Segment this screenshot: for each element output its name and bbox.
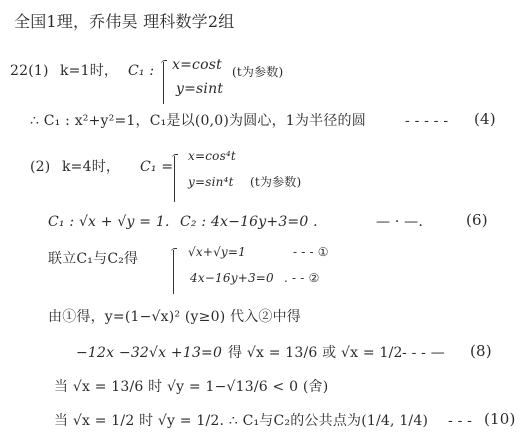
part2-label: (2) — [30, 160, 50, 174]
system-eq1: √x+√y=1 — [188, 246, 246, 258]
part1-curve: C₁ : — [128, 64, 154, 78]
part2-brace — [174, 156, 181, 202]
part1-eq-x: x=cost — [172, 58, 222, 72]
solve-result: 得 √x = 13/6 或 √x = 1/2 — [228, 346, 403, 360]
part1-brace — [163, 62, 170, 104]
part1-param-note: (t为参数) — [232, 66, 283, 78]
c2-equation: C₂ : 4x−16y+3=0 . — [180, 215, 318, 229]
system-eq1-tag: - - - ① — [293, 246, 329, 258]
part2-condition: k=4时， — [62, 160, 120, 174]
header-title: 全国1理，乔伟昊 理科数学2组 — [14, 14, 234, 30]
system-intro: 联立C₁与C₂得 — [48, 252, 138, 266]
part2-score10-dashes: - - - — [448, 414, 472, 428]
part1-score-dashes: - - - - - — [405, 114, 448, 128]
part1-label: 22(1) — [10, 64, 49, 78]
part2-param-note: (t为参数) — [250, 176, 301, 188]
part2-score6-dashes: — · —. — [376, 215, 423, 229]
part2-eq-y: y=sin⁴t — [188, 176, 234, 188]
part1-conclusion: ∴ C₁ : x²+y²=1，C₁是以(0,0)为圆心，1为半径的圆 — [30, 114, 366, 128]
part2-eq-x: x=cos⁴t — [188, 150, 236, 162]
quadratic-result: −12x −32√x +13=0 — [76, 346, 222, 360]
substitution-step: 由①得，y=(1−√x)² (y≥0) 代入②中得 — [48, 310, 301, 324]
part2-curve: C₁ = — [140, 160, 173, 174]
c1-equation: C₁ : √x + √y = 1. — [48, 215, 170, 229]
part2-score10: (10) — [484, 412, 516, 427]
part1-eq-y: y=sint — [176, 82, 223, 96]
part2-score8-dashes: - - - — — [402, 346, 445, 360]
system-eq2: 4x−16y+3=0 — [190, 272, 274, 284]
system-brace — [173, 250, 180, 294]
part1-condition: k=1时， — [60, 64, 118, 78]
case-reject: 当 √x = 13/6 时 √y = 1−√13/6 < 0 (舍) — [54, 380, 328, 394]
part1-score: (4) — [474, 112, 496, 127]
part2-score8: (8) — [470, 344, 492, 359]
case-accept: 当 √x = 1/2 时 √y = 1/2. ∴ C₁与C₂的公共点为(1/4,… — [54, 414, 428, 428]
system-eq2-tag: . - - ② — [284, 272, 320, 284]
part2-score6: (6) — [466, 213, 488, 228]
